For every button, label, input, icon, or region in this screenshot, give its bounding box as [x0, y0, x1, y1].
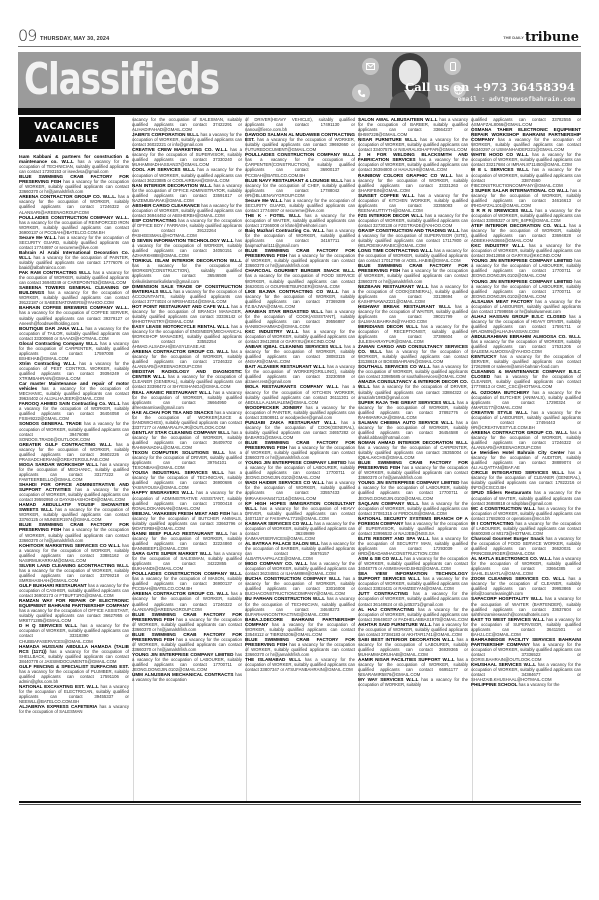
classified-ad: KAIMAAR SERVICES CO W.L.L has a vacancy …: [245, 521, 355, 541]
classified-ad: ASM & SB CO W.L.L has a vacancy for the …: [358, 556, 468, 571]
classified-ad: BAHRAIN COFFEE BREWERS COMPANY W.L.L. ha…: [19, 305, 129, 325]
classified-ad-text: has a vacancy for the occupation of OFFI…: [19, 608, 129, 623]
classified-ad: YOUNG JIN ENTERPRISE COMPANY LIMITED has…: [471, 279, 581, 299]
classified-ad: EAST TO WEST SERVICES W.L.L has a vacanc…: [471, 617, 581, 637]
classified-ad: M E L SERVICES W.L.L has a vacancy for t…: [471, 167, 581, 187]
classified-ad: ELITE RESORT AND SPA W.L.L has a vacancy…: [358, 536, 468, 556]
classified-ad: D H Q SERVICES W.L.L has a vacancy for t…: [19, 623, 129, 643]
classified-ad: RAINBOW COLORS GRAPHIC CO W.L.L has a va…: [358, 173, 468, 193]
classified-ad: S R R N SREWICES W.L.L has a vacancy for…: [471, 208, 581, 223]
classified-ad: GULF FENCING & SPECIALIST SURFACING EST.…: [19, 664, 129, 684]
newspaper-logo-name: tribune: [525, 30, 579, 45]
classified-ad: Secure Me W.L.L has a vacancy for the oc…: [245, 198, 355, 213]
classified-ad: SAQLAIN COMPANY W.L.L has a vacancy for …: [358, 501, 468, 516]
classified-ad: MY WAY SERVICES W.L.L has a vacancy for …: [358, 677, 468, 687]
classified-ad: Charcoal Gourmet Burger Snack has a vaca…: [471, 536, 581, 556]
classified-ad-text: of DRIVER(HEAVY VEHICLE), suitably quali…: [245, 117, 355, 132]
classified-ad: UMM ALNUSBAN MECHANICAL CONTRACTS has a …: [132, 672, 242, 682]
classified-ad: SONDOS GENERAL TRADE has a vacancy for t…: [19, 421, 129, 441]
classified-ad: PUNJABI ZAIKA RESTAURANT W.L.L has a vac…: [245, 420, 355, 440]
classified-ad: vacancy for the occupation of SALESMAN, …: [132, 117, 242, 132]
classified-ad: Xtrim Contracting W.L.L has a vacancy fo…: [19, 361, 129, 381]
classified-ad: MIGO COMPANY CO. W.L.L has a vacancy for…: [245, 561, 355, 576]
classified-column-3: of DRIVER(HEAVY VEHICLE), suitably quali…: [245, 117, 355, 801]
classified-ad-text: has a vacancy for the occupation of WORK…: [245, 137, 355, 152]
classified-ad: 3 SUPER SALAR INTERNATIONAL CO W.L.L has…: [471, 188, 581, 208]
classified-ad: BLUE SWIMMING CRAB FACTORY FOR PRESERVIN…: [132, 612, 242, 632]
classified-ad: KENTUCKY has a vacancy for the occupatio…: [471, 354, 581, 369]
classified-ad: BLUE SWIMMING CRAB FACTORY FOR PRESERVIN…: [19, 174, 129, 194]
masthead: 09 THURSDAY, MAY 30, 2024 THE DAILYtribu…: [18, 28, 581, 48]
classified-ad: TORIKUL ISLAM INTERIOR DECORATION W.L.L …: [132, 258, 242, 283]
classified-ad: Secure Me W.L.L has a vacancy for the oc…: [19, 235, 129, 250]
classified-ad: OSMANA TAHER ELECTRONIC EQUIPMENT REPAIR…: [471, 127, 581, 152]
classified-ad: ATEF INTERIOR DECORATION CO. W.L.L has a…: [471, 223, 581, 243]
classified-ad: LONG TIME CONTRACTING W.L.L has a vacanc…: [358, 248, 468, 263]
classified-ad: BLUE SWIMMING CRAB FACTORY FOR PRESERVIN…: [245, 440, 355, 460]
classified-column-1: Isam Kabbani & partners for construction…: [19, 154, 129, 801]
classified-ad: BAIT ALZAEER RESTAURANT W.L.L has a vaca…: [245, 364, 355, 384]
classified-ad-text: has a vacancy for the occupation of PLUM…: [19, 669, 129, 684]
classified-ad: HOT POINT RESTAURANT AND CAFE W.L.L has …: [132, 304, 242, 324]
classified-ad-text: has a vacancy for the occupation of WORK…: [132, 263, 242, 283]
mail-icon: [362, 58, 379, 75]
newspaper-logo-prefix: THE DAILY: [503, 36, 524, 40]
phone-icon: [352, 84, 370, 102]
classified-ad: NAN INTERIOR DECORATION W.L.L has a vaca…: [132, 183, 242, 203]
classified-ad: ABSHER CARGO CLEARANCE has a vacancy for…: [132, 203, 242, 218]
classified-ad: AREENA CONTRACTOR GROUP CO. W.L.L has a …: [132, 349, 242, 369]
classified-ad: YOUSA INDUSTRIAL SERVICES W.L.L has a va…: [132, 470, 242, 490]
classified-ad: ANBAR IQBAL CLEANING SERVICES W.L.L has …: [245, 344, 355, 364]
classified-ad: HAPPY ENGRAVERS W.L.L has a vacancy for …: [132, 490, 242, 510]
classified-ad: BUCHA CONSTRUCTION COMPANY W.L.L has a v…: [245, 576, 355, 596]
classified-ad: AREENA CONTRACTOR GROUP CO. W.L.L. has a…: [19, 194, 129, 214]
section-title: Classifieds: [24, 54, 219, 106]
classified-ad: WHITE HOOD CO W.L.L has a vacancy for th…: [471, 152, 581, 167]
classified-ad: BLUE SWIMMING CRAB FACTORY FOR PRESERVIN…: [132, 632, 242, 652]
classified-ad: CHARCOAL GOURMET BURGER SNACK W.L.L has …: [245, 268, 355, 288]
classified-ad-text: has a vacancy for the occupation of CARP…: [245, 157, 355, 177]
classified-ad: ALHAJ HASSAN GROUP B.S.C CLOSED has a va…: [471, 314, 581, 334]
classified-column-4: SALON AWAL ALBUSAITEEN W.L.L has a vacan…: [358, 117, 468, 801]
classified-ad-text: has a vacancy for the occupation of HEAV…: [245, 506, 355, 521]
classified-ad: THE K - FOTEL W.L.L has a vacancy for th…: [245, 213, 355, 228]
classified-ad: BLUE SWIMMING CRAB FACTORY FOR PRESERVIN…: [358, 460, 468, 480]
classified-ad-text: has a vacancy for the occupation of FOOD…: [245, 273, 355, 288]
classified-ad: BLUE SWIMMING CRAB FACTORY FOR PRESERVIN…: [358, 263, 468, 283]
classified-ad: KHUSHAAL SERVICES W.L.L has a vacancy fo…: [471, 662, 581, 682]
email-label: email : advt@newsofbahrain.com: [458, 95, 575, 103]
classified-ad: JUTT CONTRACTING has a vacancy for the o…: [358, 591, 468, 606]
classified-ad-company: RAMZAN WAY FOR REPAIR OF ELECTRONIC EQUI…: [19, 598, 129, 608]
classified-ad: AL OZOOMA BUTCHERY has a vacancy for the…: [471, 390, 581, 410]
classified-ad: NOMAN AHMAD INTERIOR DECORATION W.L.L ha…: [358, 440, 468, 460]
classified-ad: POULLAIDES CONSTRUCTION COMPANY W.L.L. h…: [19, 215, 129, 235]
classified-ad: WADI HAIDER SERVICES CO W.L.L has a vaca…: [245, 480, 355, 500]
classified-ad-text: has a vacancy for the occupation of WORK…: [471, 339, 581, 354]
classified-ad: EASY LEASE MOTORCYCLE RENTAL W.L.L has a…: [132, 324, 242, 349]
classified-ad: SHAHDI FOR OFFICE ADMINISTRATIVE AND SUP…: [19, 482, 129, 502]
classified-ad: KKC INDUSTRY W.L.L has a vacancy for the…: [471, 243, 581, 258]
classified-ad: Le Meridien Hotel Bahrain City Center ha…: [471, 450, 581, 470]
classified-ad: MOLA RESTAURANTS COMPANY W.L.L has a vac…: [245, 384, 355, 404]
classified-ad: GRASP CONSTRUCTION AND TRADING W.L.L has…: [358, 228, 468, 248]
classified-ad: PHILIPPINE SCHOOL has a vacancy for the: [471, 682, 581, 687]
page-number: 09: [18, 28, 36, 44]
masthead-divider: [18, 46, 581, 47]
classified-ad: J H FOR WELDING BLACKSMITH AND FABRICATI…: [358, 152, 468, 172]
classified-ad: DIMENSION SALE TRADE OF CONSTRUCTION MAT…: [132, 284, 242, 304]
classified-ad: GENTLAY STAR CLEANING COMPANY W.L.L has …: [132, 430, 242, 450]
classified-ad: SPUD Sliders Restaurants has a vacancy f…: [471, 490, 581, 505]
classified-ad-text: has a vacancy for the occupation of WORK…: [19, 568, 129, 583]
classified-ad: KP HIGH HOPES IMMIGRATION CONSULTANT W.L…: [245, 501, 355, 521]
classified-ad: SAPACORP HOSPITALITY W.L.L has a vacancy…: [471, 596, 581, 616]
classified-ad: AKHTAR SAID FURNITURE W.L.L has a vacanc…: [358, 622, 468, 637]
classified-ad: MERIDIANS DECOR W.L.L has a vacancy for …: [358, 324, 468, 344]
classified-ad: NISAR FURNITURE W.L.L has a vacancy for …: [358, 137, 468, 152]
classified-ad: AL MATLA ELECTRONICS CO. W.L.L has a vac…: [471, 556, 581, 576]
classified-ad: ZAMAN CARGO AND CONSULTANCY SERVICES CO.…: [358, 344, 468, 364]
vacancies-heading-line-2: AVAILABLE: [19, 133, 115, 146]
classified-ad: FAROOQ AHMED SAIN Contracting Co. W.L.L …: [19, 401, 129, 421]
classified-ad: YOUNG JIN ENTERPRISE COMPANY LIMITED has…: [471, 258, 581, 278]
classified-ad: CREATIVE CREW MARKETING CO. W.L.L has a …: [132, 147, 242, 167]
classified-ad: M I CONTRACTING has a vacancy for the oc…: [471, 521, 581, 536]
classified-ad: GREATER GULF CONTRACTING W.L.L has a vac…: [19, 442, 129, 462]
classified-ad: GULF BUKHARI RESTAURANT has a vacancy fo…: [19, 583, 129, 598]
classified-ad: of DRIVER(HEAVY VEHICLE), suitably quali…: [245, 117, 355, 132]
classified-ad: ZOOM CLEANING SERVICES CO. W.L.L has a v…: [471, 576, 581, 596]
classified-ad: NEZBAAN RESTAURANT W.L.L has a vacancy f…: [358, 284, 468, 304]
classified-ad: Bahrain Al Arabi International Decoratio…: [19, 250, 129, 270]
classified-ad: BLUE SWIMMING CRAB FACTORY FOR PRESERVIN…: [19, 522, 129, 542]
classified-columns: Isam Kabbani & partners for construction…: [19, 117, 581, 801]
classified-ad: KKC INDUSTRY W.L.L has a vacancy for the…: [245, 329, 355, 344]
classified-ad: THE ISLAMABAD W.L.L has a vacancy for th…: [245, 657, 355, 672]
classified-ad-text: has a vacancy for the occupation of CARP…: [358, 445, 468, 460]
phone-number-label: Call us on +973 36458394: [405, 80, 575, 94]
classified-ad: ESP CONTRACTING has a vacancy for the oc…: [132, 218, 242, 238]
classified-ad: HAMADA HUSSAIN ABDULLA HAMADA (TALIB RCS…: [19, 644, 129, 664]
classified-ad: BOUTIQUE DAR JANA W.L.L has a vacancy fo…: [19, 326, 129, 341]
classified-ad: NATIONAL EXCAVATING EST. W.L.L has a vac…: [19, 684, 129, 704]
classified-ad: FZG INTERIOR DECOR W.L.L has a vacancy f…: [358, 213, 468, 228]
classified-ad: PAK RAM CONTRACTING W.L.L has a vacancy …: [19, 270, 129, 285]
classified-ad: JABRI'S CORPORATION W.L.L has a vacancy …: [132, 132, 242, 147]
classified-ad: Car master Maintenance and repair of mot…: [19, 381, 129, 401]
classified-ad: SALON AWAL ALBUSAITEEN W.L.L has a vacan…: [358, 117, 468, 137]
classified-ad: BLUE SWIMMING CRAB FACTORY FOR PRESERVIN…: [245, 637, 355, 657]
classified-ad: RAMZAN WAY FOR REPAIR OF ELECTRONIC EQUI…: [19, 598, 129, 623]
classified-ad: YOUNG JIN ENTERPRISE COMPANY LIMITED has…: [358, 480, 468, 500]
classified-ad: SUPER RAJA THE GREAT SERVICES W.L.L has …: [358, 400, 468, 420]
classified-ad: BLUE NAVY RESTAURANT & LOUNGE W.L.L has …: [245, 178, 355, 198]
classified-ad: Isam Kabbani & partners for construction…: [19, 154, 129, 174]
classified-ad: REAL ARABIC RESTAURANT W.L.L has a vacan…: [132, 390, 242, 410]
classified-ad: SUNSET COFFEE W.L.L has a vacancy for th…: [358, 193, 468, 213]
mobile-icon: [444, 58, 461, 75]
classified-ad: BABA.J.DECORE BAHRAINI PARTNERSHIP COMPA…: [245, 617, 355, 637]
classified-ad: SALMAN CHEEMA AUTO SERVICE W.L.L has a v…: [358, 420, 468, 440]
classified-column-2: vacancy for the occupation of SALESMAN, …: [132, 117, 242, 801]
banner-divider: [18, 108, 581, 115]
classified-ad: AREENA CONTRACTOR GROUP CO. W.L.L has a …: [132, 591, 242, 611]
classified-ad: POULLAIDES CONSTRUCTION COMPANY W.L.L ha…: [132, 571, 242, 591]
classified-ad: NANNI BEEF PULAO RESTAURANT W.L.L has a …: [132, 531, 242, 551]
classified-ad: SILVER LAND CLEANING &CONTRACTING W.L.L …: [19, 563, 129, 583]
issue-date: THURSDAY, MAY 30, 2024: [40, 36, 109, 42]
vacancies-available-heading: VACANCIES AVAILABLE: [19, 117, 115, 149]
classified-ad: CREATIVE STYLE W.L.L has a vacancy for t…: [471, 410, 581, 430]
classified-ad: SOUTHALL SERVICES CO W.L.L has a vacancy…: [358, 364, 468, 379]
classified-ad-text: has a vacancy for the: [519, 682, 560, 687]
classified-ad: TEXON COMPUTER SOLUTIONS W.L.L has a vac…: [132, 450, 242, 470]
page-bottom-rule: [19, 801, 581, 803]
classified-ad: MC 4 CONSTRUCTION W.L.L has a vacancy fo…: [471, 506, 581, 521]
classified-ad: ALJABRIYA EXPRESS CAFETERIA has a vacanc…: [19, 704, 129, 714]
classified-ad: POULLAIDES CONSTRUCTION COMPANY W.L.L ha…: [245, 152, 355, 177]
classified-ad: qualified applicants can contact 3378255…: [471, 117, 581, 127]
classified-ad-text: has a vacancy for the occupation of PAIN…: [19, 255, 129, 270]
vacancies-heading-line-1: VACANCIES: [19, 120, 115, 133]
classified-ad: SEA VIEW INFORMATION TECHNOLOGY SUPPORT …: [358, 571, 468, 591]
classified-ad: MEDSTAR RADIOLOGY AND DIAGNOSTIC CENTER …: [132, 369, 242, 389]
classified-ad: BAHRAINEDGE FACILITY SERVICES BAHRAINI P…: [471, 637, 581, 662]
classified-ad: BLUE SWIMMING CRAB FACTORY FOR PRESERVIN…: [245, 248, 355, 268]
classified-ad-text: qualified applicants can contact 3378255…: [471, 117, 581, 127]
classified-column-5: qualified applicants can contact 3378255…: [471, 117, 581, 801]
classified-ad: Baiq Mazhari Contracting Co. W.L.L has a…: [245, 228, 355, 248]
classified-ad: CLEANING & MAINTENANCE COMPANY B.S.C CLO…: [471, 369, 581, 389]
classified-ad: AAMIR NISAR FACILITIES SUPPORT W.L.L has…: [358, 657, 468, 677]
classified-ad: SARA GATE SUPER MARKET W.L.L has a vacan…: [132, 551, 242, 571]
classified-ad: LIKE BAJWA CONTRACTING CO W.L.L has a va…: [245, 289, 355, 309]
classified-ad: AREENA CONTRACTOR GROUP CO. W.L.L has a …: [471, 430, 581, 450]
classified-ad: DAWOOD SALMAN AL MUDAWEB CONTRACTING EST…: [245, 132, 355, 152]
classified-ad: YOUNG JIN ENTERPRISE COMPANY LIMITED has…: [132, 652, 242, 672]
page-bottom-rule-thin: [19, 804, 581, 805]
classified-ad-text: vacancy for the occupation of SALESMAN, …: [132, 117, 242, 132]
classified-ad: CIRCLE INTEGRATED SERVICES W.L.L has a v…: [471, 470, 581, 490]
classified-ad: WOODPECKER JOINERY has a vacancy for the…: [245, 405, 355, 420]
classified-ad: MOGA SARDAR WORKSHOP W.L.L has a vacancy…: [19, 462, 129, 482]
classified-ad: ALSALWA MEAT FACTORY has a vacancy for t…: [471, 299, 581, 314]
classified-ad-company: PHILIPPINE SCHOOL: [471, 682, 517, 687]
classified-ad: SABEENA TOWERS GENERAL CLEANING OF BUILD…: [19, 285, 129, 305]
classified-ad: YOUNG JIN ENTERPRISE COMPANY LIMITED has…: [245, 460, 355, 480]
classifieds-banner: Classifieds Call us on +973 36458394 ema…: [18, 52, 581, 108]
classified-ad-text: has a vacancy for the occupation of MASO…: [132, 576, 242, 591]
classified-ad: D SEVEN INFORMATION TECHNOLOGY W.L.L has…: [132, 238, 242, 258]
classified-ad-text: has a vacancy for the occupation of REIN…: [19, 220, 129, 235]
classified-ad: ARABIAN STAR BROASTED W.L.L has a vacanc…: [245, 309, 355, 329]
classified-ad-text: has a vacancy for the occupation of COFF…: [19, 310, 129, 325]
classified-ad: KOHITOOR MARKETING SERVICES CO W.L.L has…: [19, 543, 129, 563]
classified-ad: HIGHWAY BREAK RESTAURANT W.L.L has a vac…: [358, 304, 468, 324]
newspaper-logo: THE DAILYtribune: [503, 30, 579, 45]
classified-ad: AL BATRAA PALACE SALON WLL has a vacancy…: [245, 541, 355, 561]
classified-ad: ABDULRAHMAN EBRAHIM ALMOOSA CO. W.L.L ha…: [471, 334, 581, 354]
classified-ad: HAMAD ABDULLATIF YOUSIF SHOWAITER SWEETS…: [19, 502, 129, 522]
classified-ad: AL HAJ CONTRACTING has a vacancy for the…: [358, 607, 468, 622]
classified-ad: NATIONAL SECURITY SYSTEMS BRANCH OF A FO…: [358, 516, 468, 536]
classified-ad-text: has a vacancy for the occupation of DRIV…: [358, 384, 468, 399]
classified-ad: HAE ALCHAI FOR TEA AND SNACKS has a vaca…: [132, 410, 242, 430]
classified-ad: SABI BEST INTERIOR DECORATION W.L.L has …: [358, 637, 468, 657]
classified-ad: MEBJAL 'AWAKEEN FRESH MEAT AND FISH has …: [132, 511, 242, 531]
classified-ad: AMAZIA CONSULTANCY & INTERIOR DECOR CO. …: [358, 379, 468, 399]
classified-ad: Glocal Contracting Company W.L.L has a v…: [19, 341, 129, 361]
classified-ad: COOL AIR SERVICES W.L.L has a vacancy fo…: [132, 167, 242, 182]
classified-ad: BU FARHAN CONSTRUCTION W.L.L has a vacan…: [245, 596, 355, 616]
